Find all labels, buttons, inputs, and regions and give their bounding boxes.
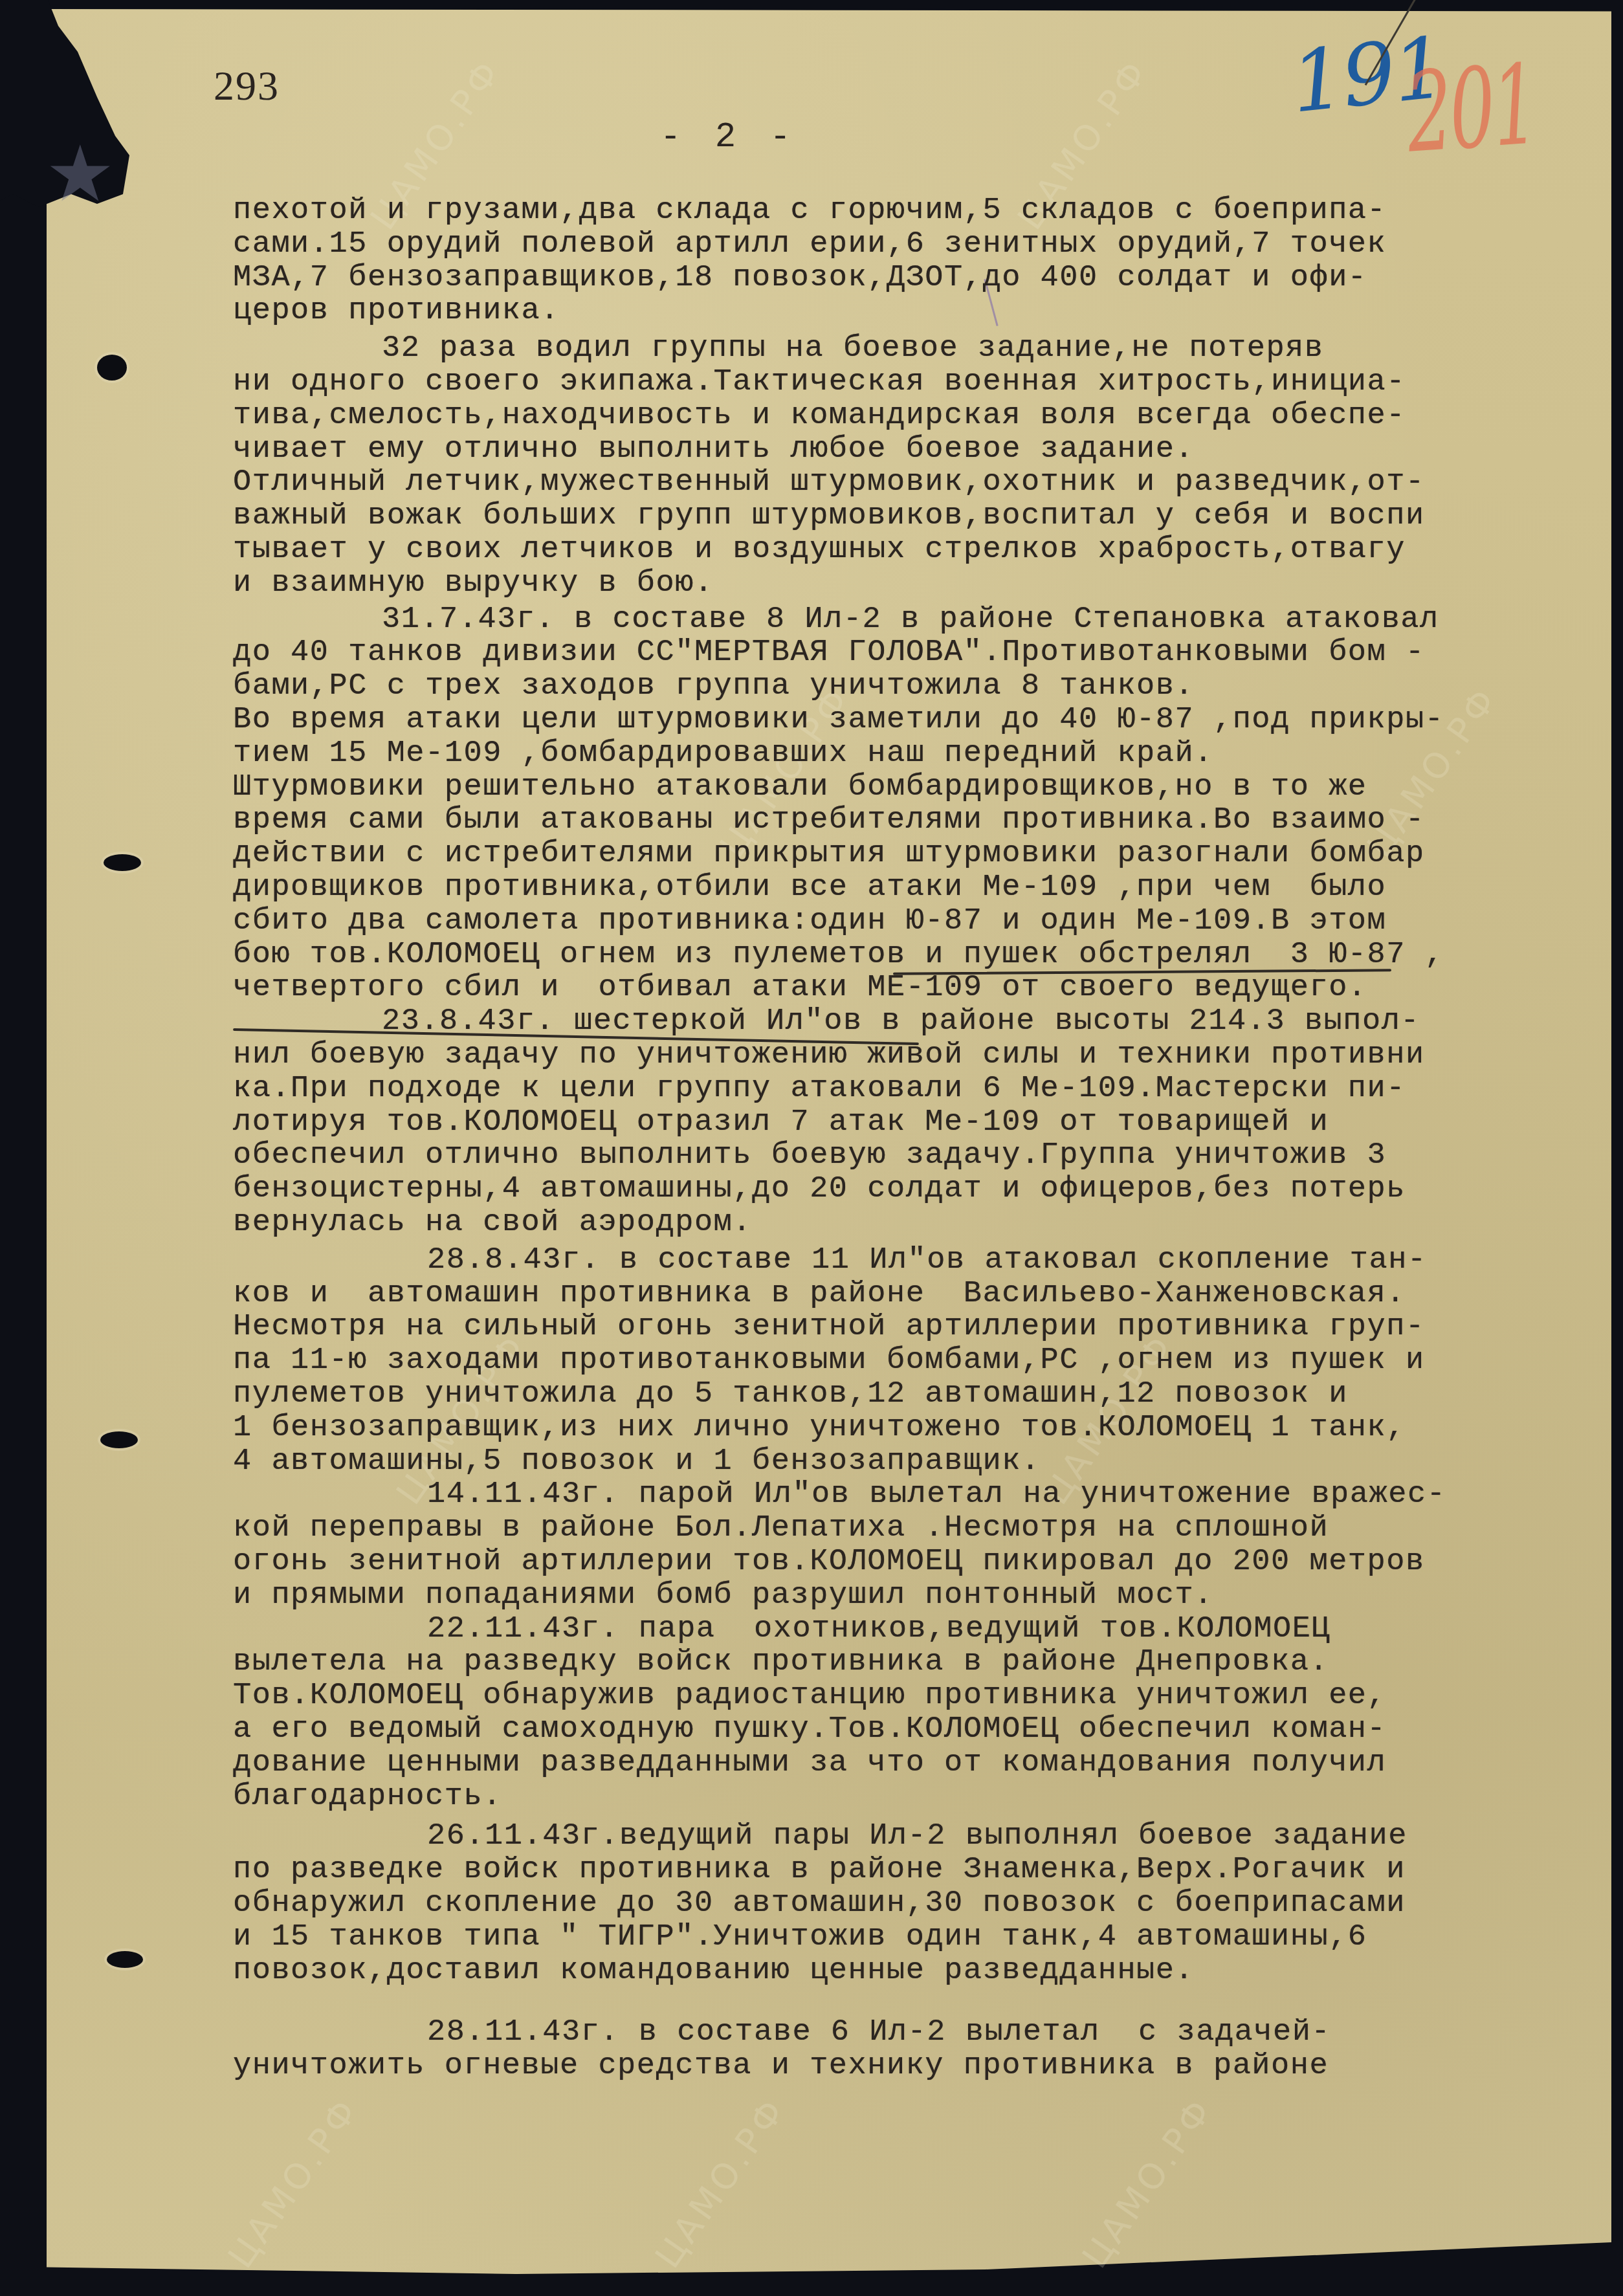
text-line: 28.11.43г. в составе 6 Ил-2 вылетал с за… [427, 2016, 1330, 2049]
punch-hole [100, 1431, 138, 1448]
text-line: 14.11.43г. парой Ил"ов вылетал на уничто… [427, 1478, 1446, 1511]
text-line: вернулась на свой аэродром. [233, 1206, 752, 1239]
text-line: сами.15 орудий полевой артилл ерии,6 зен… [233, 228, 1386, 261]
text-line: пехотой и грузами,два склада с горючим,5… [233, 194, 1386, 227]
text-line: 26.11.43г.ведущий пары Ил-2 выполнял бое… [427, 1820, 1408, 1853]
text-line: дировщиков противника,отбили все атаки М… [233, 871, 1386, 904]
text-line: ни одного своего экипажа.Тактическая вое… [233, 366, 1406, 399]
text-line: и прямыми попаданиями бомб разрушил понт… [233, 1579, 1213, 1612]
text-line: бою тов.КОЛОМОЕЦ огнем из пулеметов и пу… [233, 938, 1444, 971]
text-line: лотируя тов.КОЛОМОЕЦ отразил 7 атак Ме-1… [233, 1106, 1329, 1139]
text-line: па 11-ю заходами противотанковыми бомбам… [233, 1344, 1425, 1377]
text-line: Отличный летчик,мужественный штурмовик,о… [233, 466, 1425, 499]
text-line: 32 раза водил группы на боевое задание,н… [382, 332, 1324, 365]
text-line: чивает ему отлично выполнить любое боево… [233, 433, 1194, 466]
text-line: важный вожак больших групп штурмовиков,в… [233, 500, 1425, 533]
sheet-number: 293 [214, 62, 280, 110]
text-line: нил боевую задачу по уничтожению живой с… [233, 1039, 1425, 1072]
text-line: тием 15 Ме-109 ,бомбардировавших наш пер… [233, 737, 1213, 770]
punch-hole [107, 1951, 143, 1968]
text-line: и 15 танков типа " ТИГР".Уничтожив один … [233, 1921, 1367, 1954]
text-line: тива,смелость,находчивость и командирска… [233, 399, 1406, 432]
star-watermark-icon: ★ [45, 129, 115, 219]
text-line: а его ведомый самоходную пушку.Тов.КОЛОМ… [233, 1713, 1386, 1746]
punch-hole [97, 355, 127, 381]
text-line: до 40 танков дивизии СС"МЕРТВАЯ ГОЛОВА".… [233, 636, 1425, 669]
text-line: 31.7.43г. в составе 8 Ил-2 в районе Степ… [382, 603, 1439, 636]
text-line: ков и автомашин противника в районе Васи… [233, 1277, 1406, 1310]
text-line: ка.При подходе к цели группу атаковали 6… [233, 1072, 1406, 1105]
text-line: Несмотря на сильный огонь зенитной артил… [233, 1310, 1425, 1343]
text-line: 22.11.43г. пара охотников,ведущий тов.КО… [427, 1613, 1330, 1646]
text-line: обнаружил скопление до 30 автомашин,30 п… [233, 1887, 1406, 1920]
text-line: сбито два самолета противника:один Ю-87 … [233, 905, 1386, 938]
text-line: повозок,доставил командованию ценные раз… [233, 1954, 1194, 1987]
text-line: благодарность. [233, 1780, 502, 1813]
text-line: кой переправы в районе Бол.Лепатиха .Нес… [233, 1512, 1329, 1545]
text-line: 1 бензозаправщик,из них лично уничтожено… [233, 1411, 1406, 1444]
text-line: пулеметов уничтожила до 5 танков,12 авто… [233, 1378, 1348, 1411]
text-line: тывает у своих летчиков и воздушных стре… [233, 533, 1406, 566]
text-line: обеспечил отлично выполнить боевую задач… [233, 1139, 1386, 1172]
text-line: МЗА,7 бензозаправщиков,18 повозок,ДЗОТ,д… [233, 261, 1367, 294]
handwritten-red-number: 201 [1402, 41, 1540, 177]
text-line: бензоцистерны,4 автомашины,до 20 солдат … [233, 1173, 1406, 1206]
text-line: Во время атаки цели штурмовики заметили … [233, 703, 1444, 736]
text-line: огонь зенитной артиллерии тов.КОЛОМОЕЦ п… [233, 1545, 1425, 1578]
text-line: четвертого сбил и отбивал атаки МЕ-109 о… [233, 971, 1367, 1004]
text-line: дование ценными разведданными за что от … [233, 1747, 1386, 1780]
punch-hole [104, 854, 141, 871]
text-line: 28.8.43г. в составе 11 Ил"ов атаковал ск… [427, 1244, 1427, 1277]
text-line: Тов.КОЛОМОЕЦ обнаружив радиостанцию прот… [233, 1679, 1386, 1712]
text-line: по разведке войск противника в районе Зн… [233, 1853, 1406, 1886]
text-line: и взаимную выручку в бою. [233, 567, 714, 600]
page-number: - 2 - [660, 118, 797, 157]
text-line: вылетела на разведку войск противника в … [233, 1646, 1329, 1679]
text-line: 23.8.43г. шестеркой Ил"ов в районе высот… [382, 1005, 1420, 1038]
text-line: действии с истребителями прикрытия штурм… [233, 837, 1425, 870]
text-line: время сами были атакованы истребителями … [233, 804, 1425, 837]
text-line: 4 автомашины,5 повозок и 1 бензозаправщи… [233, 1445, 1041, 1478]
text-line: уничтожить огневые средства и технику пр… [233, 2049, 1329, 2082]
text-line: бами,РС с трех заходов группа уничтожила… [233, 670, 1194, 703]
text-line: церов противника. [233, 294, 560, 327]
text-line: Штурмовики решительно атаковали бомбарди… [233, 771, 1367, 804]
